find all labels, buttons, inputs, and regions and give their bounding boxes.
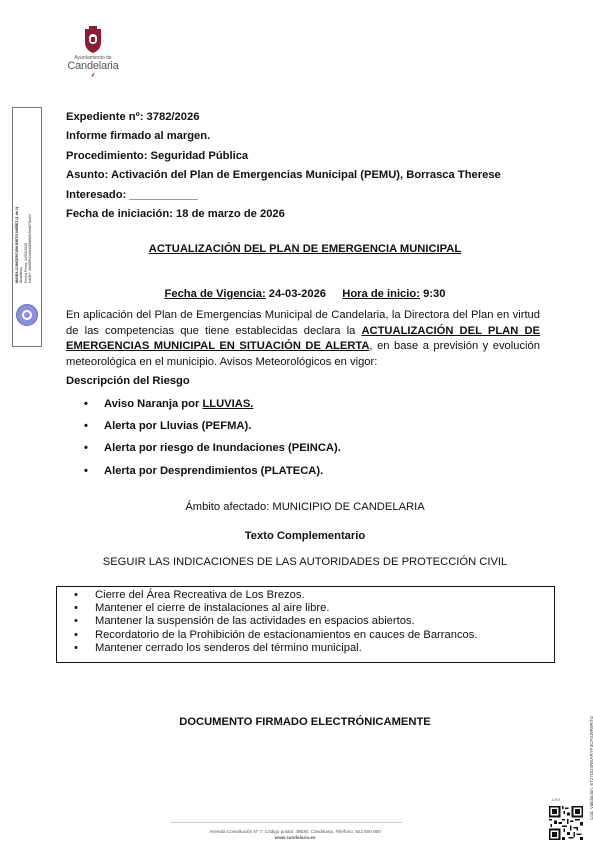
vigencia-line: Fecha de Vigencia: 24-03-2026 Hora de in… <box>60 288 550 300</box>
procedimiento: Procedimiento: Seguridad Pública <box>66 147 501 166</box>
hora-value: 9:30 <box>423 288 445 300</box>
instructions-line: SEGUIR LAS INDICACIONES DE LAS AUTORIDAD… <box>60 556 550 568</box>
expediente: Expediente nº: 3782/2026 <box>66 108 501 127</box>
signature-hash: HASH: 1fb050f41a5e0d9d6b0c5ed07fb4e4 <box>28 173 32 283</box>
measure-item: Mantener la suspensión de las actividade… <box>57 615 554 628</box>
logo-name: Candelaria <box>66 61 120 72</box>
risk-list: Aviso Naranja por LLUVIAS. Alerta por Ll… <box>84 398 341 487</box>
footer-website[interactable]: www.candelaria.es <box>150 835 440 841</box>
measure-item: Cierre del Área Recreativa de Los Brezos… <box>57 589 554 602</box>
measures-box: Cierre del Área Recreativa de Los Brezos… <box>56 586 555 663</box>
signature-seal-icon <box>16 304 38 326</box>
asunto: Asunto: Activación del Plan de Emergenci… <box>66 166 501 185</box>
affected-area: Ámbito afectado: MUNICIPIO DE CANDELARIA <box>60 501 550 513</box>
complementary-heading: Texto Complementario <box>60 530 550 542</box>
measure-item: Mantener cerrado los senderos del términ… <box>57 642 554 655</box>
footer: Avenida Constitución Nº 7. Código postal… <box>150 829 440 841</box>
qr-code-icon <box>549 806 583 840</box>
hora-label: Hora de inicio: <box>342 288 420 300</box>
risk-item: Alerta por riesgo de Inundaciones (PEINC… <box>84 442 341 464</box>
risk-item: Alerta por Lluvias (PEFMA). <box>84 420 341 442</box>
logo-flourish-icon: ⸙ <box>66 72 120 79</box>
measures-list: Cierre del Área Recreativa de Los Brezos… <box>57 587 554 655</box>
signed-notice: DOCUMENTO FIRMADO ELECTRÓNICAMENTE <box>60 716 550 728</box>
coat-of-arms-icon <box>82 24 104 54</box>
declaration-paragraph: En aplicación del Plan de Emergencias Mu… <box>66 308 540 370</box>
risk-item: Alerta por Desprendimientos (PLATECA). <box>84 465 341 487</box>
risk-item: Aviso Naranja por LLUVIAS. <box>84 398 341 420</box>
verification-strip: Cód. Validación: 6T27DD4REARYF3CF3J9R9RT… <box>589 500 593 820</box>
risk-heading: Descripción del Riesgo <box>66 375 190 387</box>
document-title: ACTUALIZACIÓN DEL PLAN DE EMERGENCIA MUN… <box>60 243 550 255</box>
record-header: Expediente nº: 3782/2026 Informe firmado… <box>66 108 501 224</box>
fecha-iniciacion: Fecha de iniciación: 18 de marzo de 2026 <box>66 205 501 224</box>
validation-code: Cód. Validación: 6T27DD4REARYF3CF3J9R9RT… <box>589 500 593 820</box>
informe: Informe firmado al margen. <box>66 127 501 146</box>
signature-details: MARÍA CONCEPCIÓN BRITO NÚÑEZ (1 de 1) Al… <box>15 173 32 283</box>
interesado: Interesado: ___________ <box>66 186 501 205</box>
vigencia-value: 24-03-2026 <box>269 288 326 300</box>
footer-divider <box>170 822 402 823</box>
vigencia-label: Fecha de Vigencia: <box>165 288 266 300</box>
municipality-logo: Ayuntamiento de Candelaria ⸙ <box>66 24 120 84</box>
measure-item: Recordatorio de la Prohibición de estaci… <box>57 629 554 642</box>
signature-stamp: MARÍA CONCEPCIÓN BRITO NÚÑEZ (1 de 1) Al… <box>12 107 42 347</box>
qr-label: CSV <box>552 797 560 802</box>
measure-item: Mantener el cierre de instalaciones al a… <box>57 602 554 615</box>
